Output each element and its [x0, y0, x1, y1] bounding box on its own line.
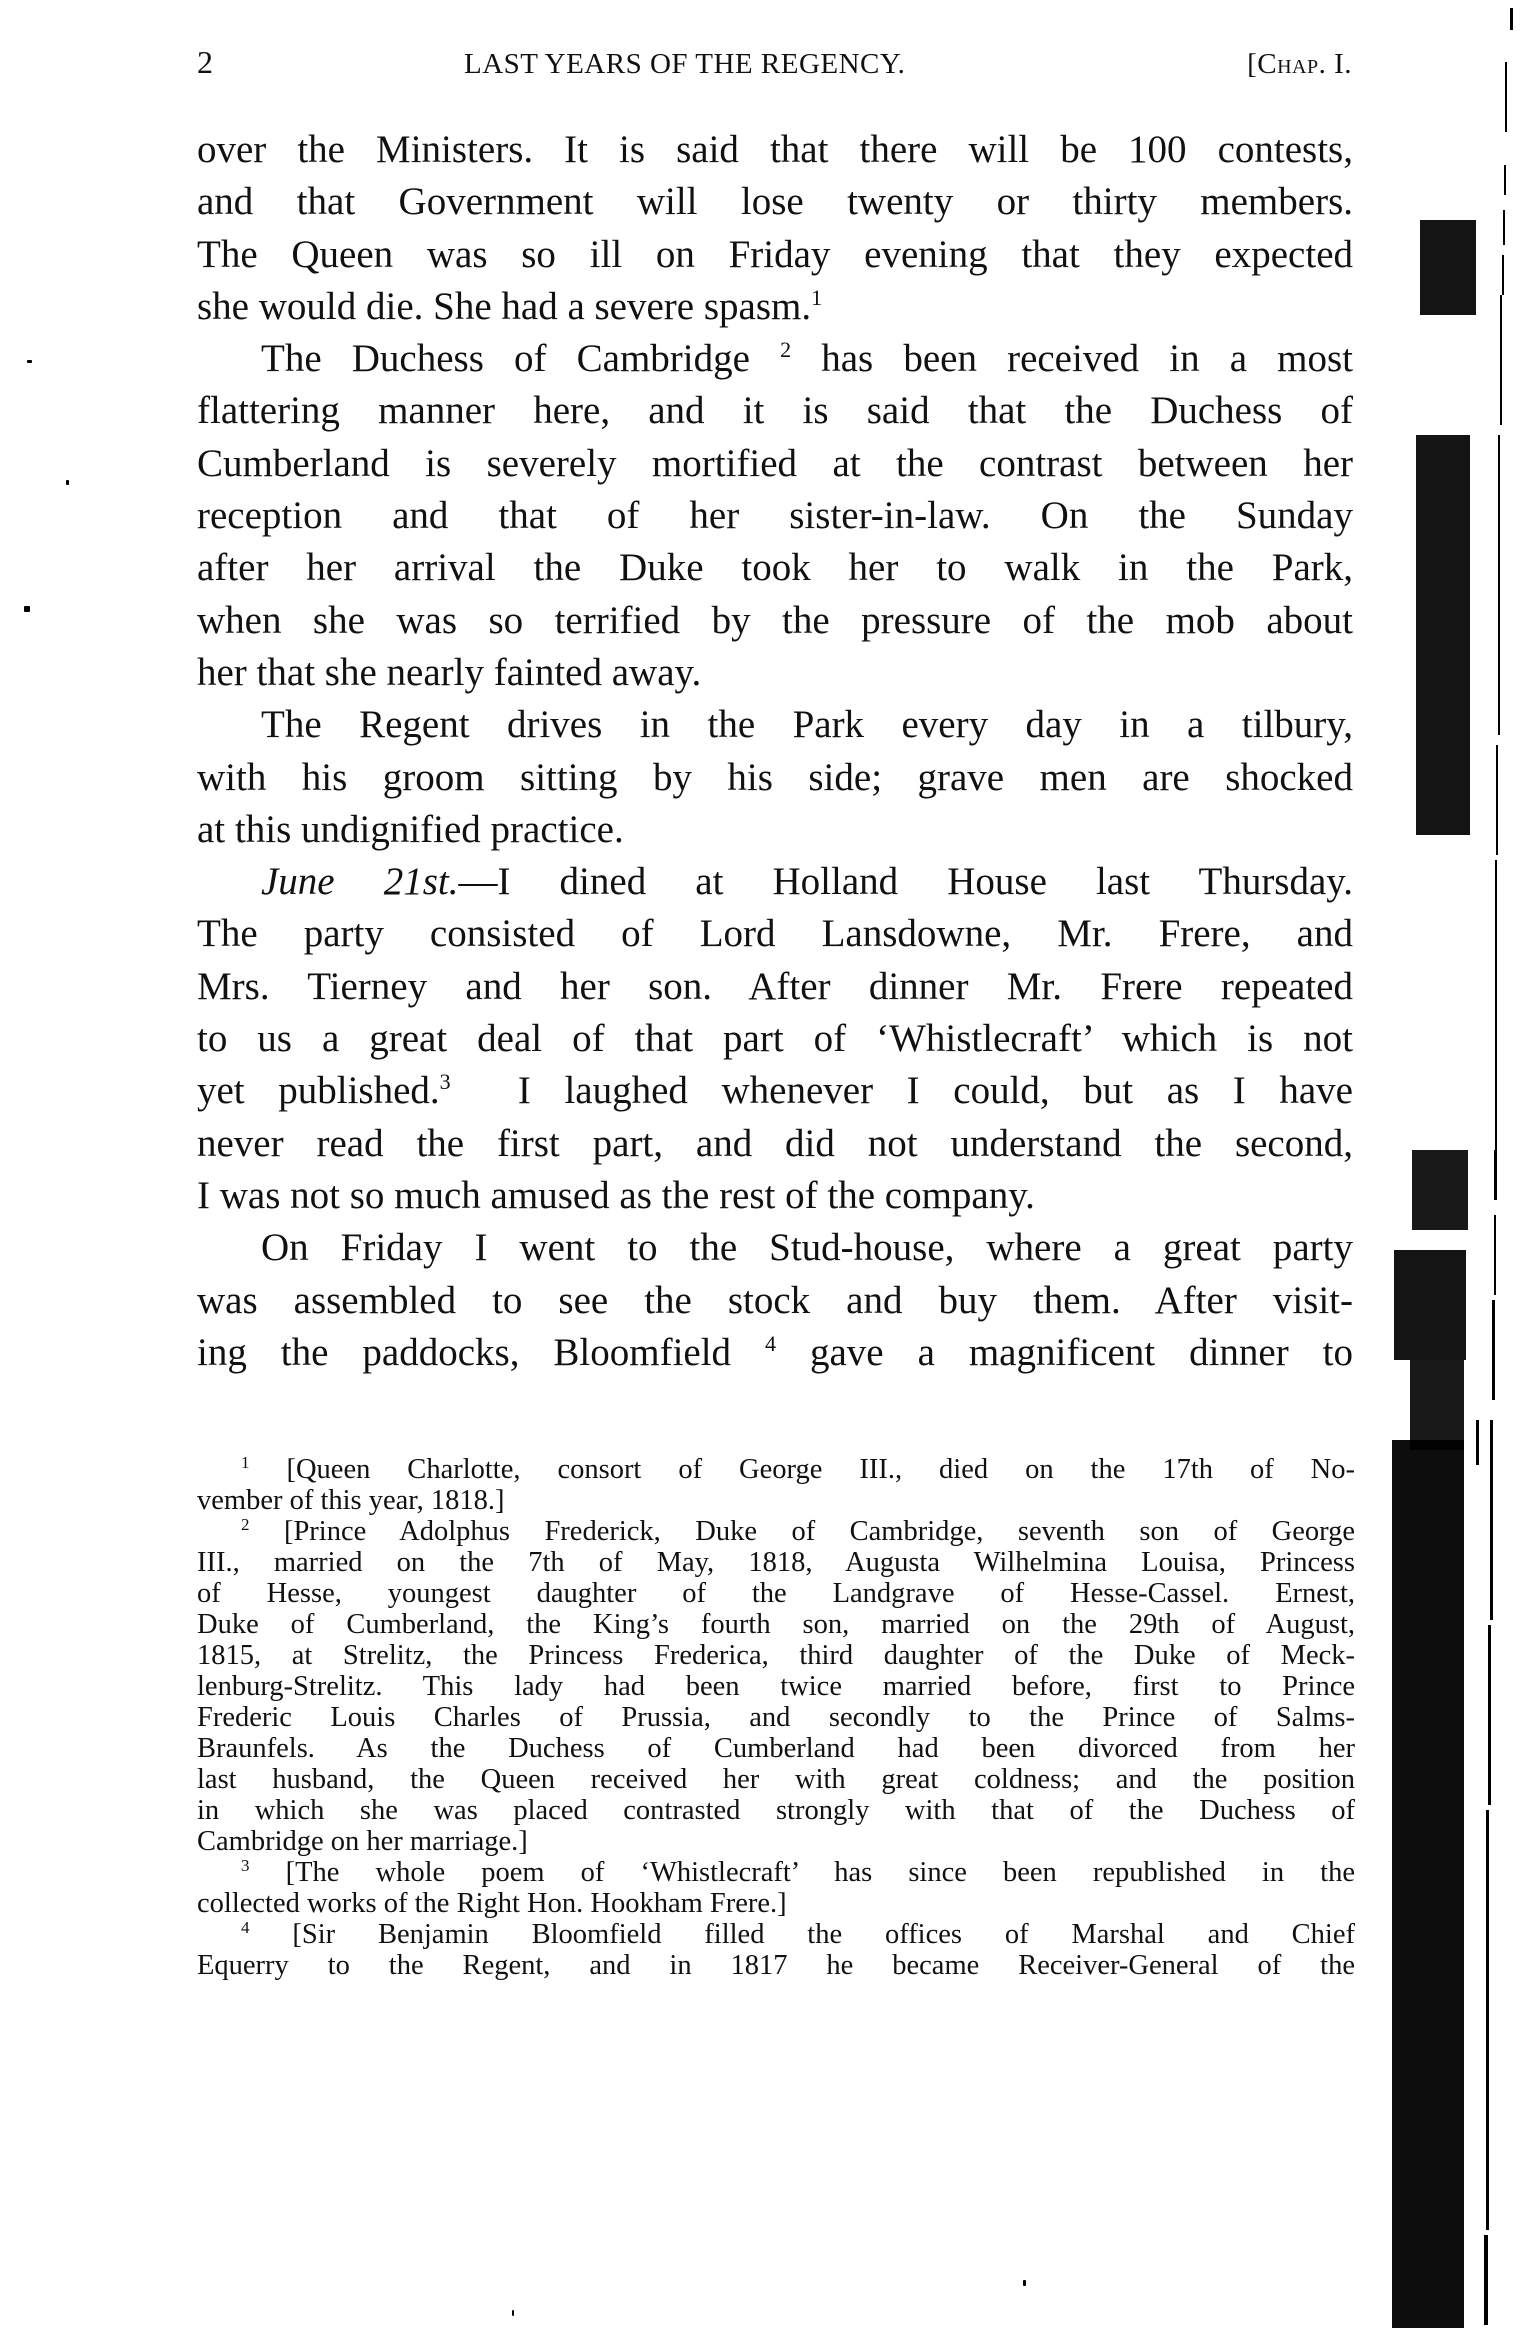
body-line: flattering manner here, and it is said t… — [197, 385, 1353, 437]
footnote-line: collected works of the Right Hon. Hookha… — [197, 1888, 1355, 1919]
footnote-text: [The whole poem of ‘Whistlecraft’ has si… — [286, 1857, 1355, 1888]
footnote-marker-2: 2 — [241, 1515, 250, 1534]
body-line: and that Government will lose twenty or … — [197, 176, 1353, 228]
body-line: Cumberland is severely mortified at the … — [197, 438, 1353, 490]
footnote-line: Cambridge on her marriage.] — [197, 1826, 1355, 1857]
body-text: over the Ministers. It is said that ther… — [197, 124, 1353, 1379]
scan-edge-line — [1492, 1300, 1495, 1400]
body-line: she would die. She had a severe spasm.1 — [197, 281, 1353, 333]
footnote-ref-3[interactable]: 3 — [440, 1069, 451, 1094]
body-line: when she was so terrified by the pressur… — [197, 595, 1353, 647]
body-line: The Queen was so ill on Friday evening t… — [197, 229, 1353, 281]
body-line-text: gave a magnificent dinner to — [810, 1331, 1353, 1374]
scan-mark — [1476, 1420, 1479, 1465]
footnote-line: vember of this year, 1818.] — [197, 1485, 1355, 1516]
scan-speck — [512, 2310, 514, 2316]
scan-edge-line — [1498, 435, 1500, 735]
footnote-line: 1815, at Strelitz, the Princess Frederic… — [197, 1640, 1355, 1671]
footnote-marker-3: 3 — [241, 1856, 250, 1875]
footnote-line: last husband, the Queen received her wit… — [197, 1764, 1355, 1795]
body-line: The Regent drives in the Park every day … — [197, 699, 1353, 751]
body-line: ing the paddocks, Bloomfield 4 gave a ma… — [197, 1327, 1353, 1379]
footnote-line: III., married on the 7th of May, 1818, A… — [197, 1547, 1355, 1578]
body-line: June 21st.—I dined at Holland House last… — [197, 856, 1353, 908]
page-number: 2 — [197, 44, 214, 81]
scan-edge-line — [1505, 62, 1507, 132]
scan-edge-line — [1510, 8, 1513, 30]
footnote-ref-2[interactable]: 2 — [780, 337, 791, 362]
footnote-text: [Queen Charlotte, consort of George III.… — [286, 1454, 1355, 1485]
body-line: Mrs. Tierney and her son. After dinner M… — [197, 961, 1353, 1013]
footnote-marker-4: 4 — [241, 1918, 250, 1937]
scan-edge-line — [1496, 745, 1498, 855]
scan-speck — [27, 360, 32, 363]
date-june: June — [261, 860, 335, 903]
body-line: at this undignified practice. — [197, 804, 1353, 856]
scan-edge-line — [1504, 165, 1506, 195]
scan-speck — [66, 480, 69, 485]
footnote-line: Braunfels. As the Duchess of Cumberland … — [197, 1733, 1355, 1764]
footnote-text: [Sir Benjamin Bloomfield filled the offi… — [292, 1919, 1355, 1950]
scan-edge-line — [1490, 1420, 1493, 1620]
footnote-line: in which she was placed contrasted stron… — [197, 1795, 1355, 1826]
body-line: The Duchess of Cambridge 2 has been rece… — [197, 333, 1353, 385]
scan-edge-line — [1502, 255, 1504, 295]
scan-edge-line — [1484, 2235, 1488, 2325]
footnote-2: 2 [Prince Adolphus Frederick, Duke of Ca… — [197, 1516, 1355, 1547]
footnote-line: Equerry to the Regent, and in 1817 he be… — [197, 1950, 1355, 1981]
body-line: The party consisted of Lord Lansdowne, M… — [197, 908, 1353, 960]
body-line: never read the first part, and did not u… — [197, 1118, 1353, 1170]
body-line: I was not so much amused as the rest of … — [197, 1170, 1353, 1222]
scan-blotch — [1410, 1360, 1464, 1450]
body-line-text: has been received in a most — [821, 337, 1353, 380]
body-line-text: ing the paddocks, Bloomfield — [197, 1331, 731, 1374]
scan-blotch — [1416, 435, 1470, 835]
scan-blotch — [1420, 220, 1476, 315]
body-line: yet published.3 I laughed whenever I cou… — [197, 1065, 1353, 1117]
footnote-ref-4[interactable]: 4 — [765, 1331, 776, 1356]
scan-blotch — [1412, 1150, 1468, 1230]
scan-edge-line — [1495, 860, 1497, 1150]
footnote-4: 4 [Sir Benjamin Bloomfield filled the of… — [197, 1919, 1355, 1950]
footnote-ref-1[interactable]: 1 — [811, 285, 822, 310]
body-line: was assembled to see the stock and buy t… — [197, 1275, 1353, 1327]
scan-edge-line — [1494, 1215, 1496, 1295]
scan-blotch — [1394, 1250, 1466, 1360]
scan-speck — [1023, 2280, 1026, 2286]
body-line-text: I laughed whenever I could, but as I hav… — [518, 1069, 1353, 1112]
running-head: 2 LAST YEARS OF THE REGENCY. [Chap. I. — [197, 44, 1352, 88]
body-line-text: yet published. — [197, 1069, 440, 1112]
scan-edge-line — [1488, 1625, 1491, 1805]
body-line: with his groom sitting by his side; grav… — [197, 752, 1353, 804]
footnote-1: 1 [Queen Charlotte, consort of George II… — [197, 1454, 1355, 1485]
body-line-text: she would die. She had a severe spasm. — [197, 285, 811, 328]
footnotes: 1 [Queen Charlotte, consort of George II… — [197, 1454, 1355, 1981]
body-line: to us a great deal of that part of ‘Whis… — [197, 1013, 1353, 1065]
body-line-text: —I dined at Holland House last Thursday. — [458, 860, 1353, 903]
footnote-line: lenburg-Strelitz. This lady had been twi… — [197, 1671, 1355, 1702]
footnote-text: [Prince Adolphus Frederick, Duke of Camb… — [284, 1516, 1355, 1547]
body-line: after her arrival the Duke took her to w… — [197, 542, 1353, 594]
footnote-line: of Hesse, youngest daughter of the Landg… — [197, 1578, 1355, 1609]
scan-edge-line — [1486, 1810, 1489, 2230]
footnote-line: Duke of Cumberland, the King’s fourth so… — [197, 1609, 1355, 1640]
footnote-line: Frederic Louis Charles of Prussia, and s… — [197, 1702, 1355, 1733]
footnote-marker-1: 1 — [241, 1453, 250, 1472]
scan-edge-line — [1494, 1150, 1497, 1200]
body-line: over the Ministers. It is said that ther… — [197, 124, 1353, 176]
scan-speck — [24, 606, 30, 612]
body-line: her that she nearly fainted away. — [197, 647, 1353, 699]
footnote-3: 3 [The whole poem of ‘Whistlecraft’ has … — [197, 1857, 1355, 1888]
date-day: 21st. — [384, 860, 459, 903]
chapter-label: [Chap. I. — [1247, 48, 1352, 81]
body-line-text: The Duchess of Cambridge — [261, 337, 750, 380]
body-line: reception and that of her sister-in-law.… — [197, 490, 1353, 542]
scan-edge-line — [1500, 295, 1502, 425]
running-title: LAST YEARS OF THE REGENCY. — [464, 48, 905, 81]
book-page: 2 LAST YEARS OF THE REGENCY. [Chap. I. o… — [0, 0, 1523, 2328]
scan-blotch — [1392, 1440, 1464, 2328]
body-line: On Friday I went to the Stud-house, wher… — [197, 1222, 1353, 1274]
scan-edge-line — [1503, 210, 1505, 245]
